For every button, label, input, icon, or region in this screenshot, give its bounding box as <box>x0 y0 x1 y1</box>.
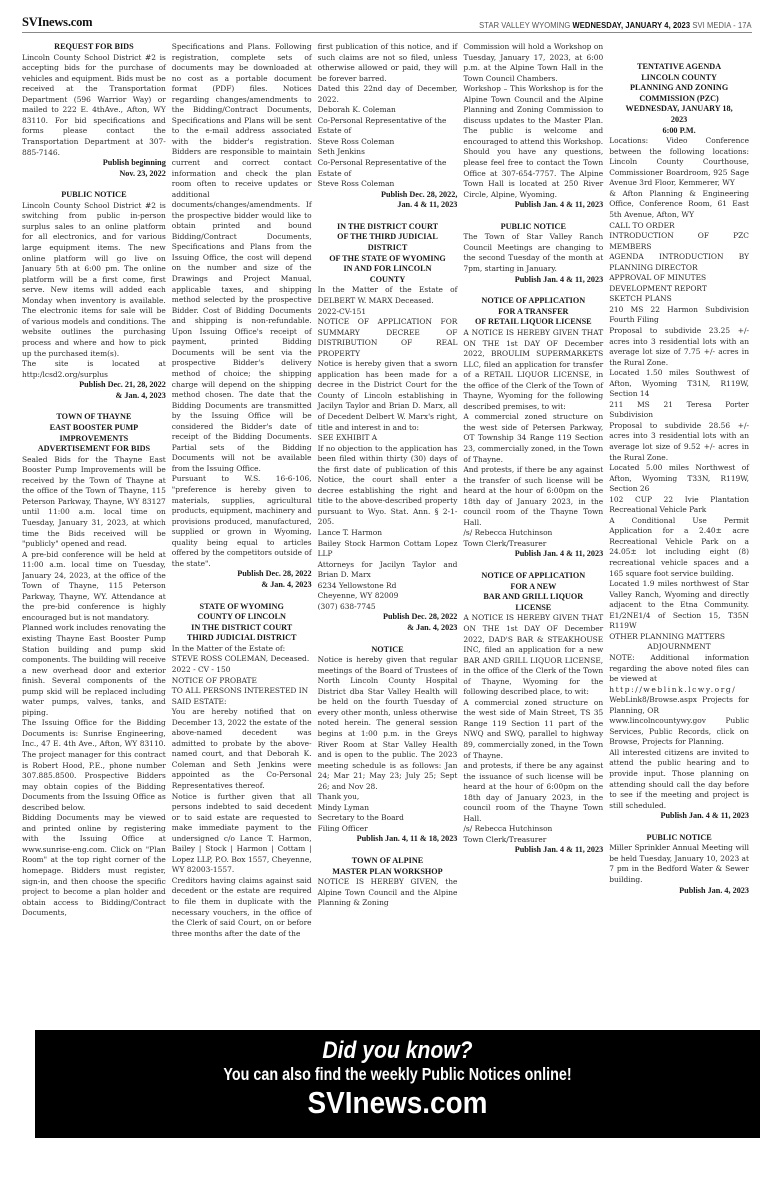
publish-line: Publish Dec. 28, 2022 <box>172 569 312 580</box>
notice-body: Workshop – This Workshop is for the Alpi… <box>463 84 603 147</box>
publish-line: Publish Jan. 4 & 11, 2023 <box>463 275 603 286</box>
agenda-item: Proposal to subdivide 28.56 +/- acres in… <box>609 421 749 463</box>
adjournment: ADJOURNMENT <box>609 642 749 653</box>
notice-title: PUBLIC NOTICE <box>22 190 166 201</box>
signature-line: Bailey Stock Harmon Cottam Lopez LLP <box>318 539 458 560</box>
notice-body: A NOTICE IS HEREBY GIVEN THAT ON THE 1st… <box>463 328 603 412</box>
notice-title: EAST BOOSTER PUMP <box>22 423 166 434</box>
publish-line: Publish Dec. 28, 2022, <box>318 190 458 201</box>
publish-line: Publish Jan. 4 & 11, 2023 <box>463 845 603 856</box>
notice-title: IN THE DISTRICT COURT <box>172 623 312 634</box>
agenda-note: WebLink8/Browse.aspx Projects for Planni… <box>609 695 749 716</box>
signature-line: Steve Ross Coleman <box>318 137 458 148</box>
notice-alpine-workshop: TOWN OF ALPINE MASTER PLAN WORKSHOP NOTI… <box>318 856 458 909</box>
signature-line: Secretary to the Board <box>318 813 458 824</box>
notice-title: NOTICE OF APPLICATION <box>463 296 603 307</box>
column-4: Commission will hold a Workshop on Tuesd… <box>460 42 606 1027</box>
page-header: SVInews.com STAR VALLEY WYOMING WEDNESDA… <box>22 12 752 33</box>
notice-body: first publication of this notice, and if… <box>318 42 458 84</box>
notice-title: COMMISSION (PZC) <box>609 94 749 105</box>
site-name[interactable]: SVInews.com <box>22 15 92 30</box>
notice-title: IN THE DISTRICT COURT <box>318 222 458 233</box>
signature-line: /s/ Rebecca Hutchinson <box>463 528 603 539</box>
publish-line: Publish Dec. 28, 2022 <box>318 612 458 623</box>
notice-body: The Issuing Office for the Bidding Docum… <box>22 718 166 813</box>
notice-title: LINCOLN COUNTY <box>609 73 749 84</box>
case-line: In the Matter of the Estate of DELBERT W… <box>318 285 458 306</box>
publish-line: Publish beginning <box>22 158 166 169</box>
agenda-closing: All interested citizens are invited to a… <box>609 748 749 811</box>
notice-title: ADVERTISEMENT FOR BIDS <box>22 444 166 455</box>
notice-alpine-workshop-cont: Commission will hold a Workshop on Tuesd… <box>463 42 603 211</box>
case-line: 2022 - CV - 150 <box>172 665 312 676</box>
publish-line: Publish Jan. 4 & 11, 2023 <box>609 811 749 822</box>
signature-line: Thank you, <box>318 792 458 803</box>
agenda-item: 211 MS 21 Teresa Porter Subdivision <box>609 400 749 421</box>
notice-body: and protests, if there be any against th… <box>463 761 603 824</box>
banner-subline: You can also find the weekly Public Noti… <box>100 1064 695 1085</box>
notice-body: A NOTICE IS HEREBY GIVEN THAT ON THE 1st… <box>463 613 603 697</box>
signature-line: Cheyenne, WY 82009 <box>318 591 458 602</box>
banner-site-link[interactable]: SVInews.com <box>71 1085 724 1121</box>
notice-title: BAR AND GRILL LIQUOR <box>463 592 603 603</box>
notice-marx-estate: IN THE DISTRICT COURT OF THE THIRD JUDIC… <box>318 222 458 634</box>
notice-title: PLANNING AND ZONING <box>609 83 749 94</box>
notice-title: TOWN OF ALPINE <box>318 856 458 867</box>
notice-miller-sprinkler: PUBLIC NOTICE Miller Sprinkler Annual Me… <box>609 833 749 896</box>
agenda-note: NOTE: Additional information regarding t… <box>609 653 749 685</box>
column-1: REQUEST FOR BIDS Lincoln County School D… <box>22 42 169 1027</box>
publish-line: Publish Jan. 4 & 11, 2023 <box>463 549 603 560</box>
notice-title: TENTATIVE AGENDA <box>609 62 749 73</box>
notice-body: Creditors having claims against said dec… <box>172 876 312 939</box>
notice-surplus-online: PUBLIC NOTICE Lincoln County School Dist… <box>22 190 166 401</box>
notice-title: FOR A NEW <box>463 582 603 593</box>
signature-line: Town Clerk/Treasurer <box>463 539 603 550</box>
notice-body: Notice is further given that all persons… <box>172 792 312 876</box>
case-line: NOTICE OF PROBATE <box>172 676 312 687</box>
publish-line: & Jan. 4, 2023 <box>318 623 458 634</box>
publish-line: & Jan. 4, 2023 <box>22 391 166 402</box>
signature-line: /s/ Rebecca Hutchinson <box>463 824 603 835</box>
weblink-url[interactable]: http://weblink.lcwy.org/ <box>609 685 749 696</box>
issue-date: WEDNESDAY, JANUARY 4, 2023 <box>573 20 691 30</box>
notice-title: PUBLIC NOTICE <box>463 222 603 233</box>
publish-line: Publish Jan. 4 & 11, 2023 <box>463 200 603 211</box>
notice-body: NOTICE IS HEREBY GIVEN, the Alpine Town … <box>318 877 458 909</box>
agenda-item: Located 1.50 miles Southwest of Afton, W… <box>609 368 749 400</box>
notice-title: STATE OF WYOMING <box>172 602 312 613</box>
agenda-item: OTHER PLANNING MATTERS <box>609 632 749 643</box>
notice-request-for-bids: REQUEST FOR BIDS Lincoln County School D… <box>22 42 166 179</box>
notice-title: REQUEST FOR BIDS <box>22 42 166 53</box>
notice-body: A commercial zoned structure on the west… <box>463 698 603 761</box>
notice-retail-liquor-transfer: NOTICE OF APPLICATION FOR A TRANSFER OF … <box>463 296 603 560</box>
notice-title: COUNTY <box>318 275 458 286</box>
agenda-item: APPROVAL OF MINUTES <box>609 273 749 284</box>
notice-body: The Town of Star Valley Ranch Council Me… <box>463 232 603 274</box>
agenda-item: A Conditional Use Permit Application for… <box>609 516 749 579</box>
notice-body: Dated this 22nd day of December, 2022. <box>318 84 458 105</box>
notices-columns: REQUEST FOR BIDS Lincoln County School D… <box>22 42 752 1027</box>
notice-body: Commission will hold a Workshop on Tuesd… <box>463 42 603 84</box>
signature-line: Town Clerk/Treasurer <box>463 835 603 846</box>
notice-bar-grill-license: NOTICE OF APPLICATION FOR A NEW BAR AND … <box>463 571 603 856</box>
case-line: 2022-CV-151 <box>318 307 458 318</box>
signature-line: Lance T. Harmon <box>318 528 458 539</box>
case-line: TO ALL PERSONS INTERESTED IN SAID ESTATE… <box>172 686 312 707</box>
notice-title: NOTICE <box>318 645 458 656</box>
notice-body: You are hereby notified that on December… <box>172 707 312 791</box>
dateline: STAR VALLEY WYOMING WEDNESDAY, JANUARY 4… <box>479 20 752 30</box>
notice-title: LICENSE <box>463 603 603 614</box>
notice-body: Planned work includes renovating the exi… <box>22 623 166 718</box>
notice-title: COUNTY OF LINCOLN <box>172 612 312 623</box>
agenda-item: CALL TO ORDER <box>609 221 749 232</box>
notice-body: Specifications and Plans. Following regi… <box>172 42 312 474</box>
notice-body: Should you have any questions, please fe… <box>463 147 603 200</box>
notice-hospital-board: NOTICE Notice is hereby given that regul… <box>318 645 458 845</box>
notice-title: PUBLIC NOTICE <box>609 833 749 844</box>
column-5: TENTATIVE AGENDA LINCOLN COUNTY PLANNING… <box>606 42 752 1027</box>
agenda-item: & Afton Planning & Engineering Office, C… <box>609 189 749 221</box>
signature-line: Mindy Lyman <box>318 803 458 814</box>
signature-line: Steve Ross Coleman <box>318 179 458 190</box>
notice-body: A pre-bid conference will be held at 11:… <box>22 550 166 624</box>
notice-thayne-booster-pump: TOWN OF THAYNE EAST BOOSTER PUMP IMPROVE… <box>22 412 166 918</box>
case-line: In the Matter of the Estate of: STEVE RO… <box>172 644 312 665</box>
column-2: Specifications and Plans. Following regi… <box>169 42 315 1027</box>
notice-body: Lincoln County School District #2 is swi… <box>22 201 166 359</box>
column-3: first publication of this notice, and if… <box>315 42 461 1027</box>
notice-body: SEE EXHIBIT A <box>318 433 458 444</box>
notice-body: Miller Sprinkler Annual Meeting will be … <box>609 843 749 885</box>
notice-coleman-probate: STATE OF WYOMING COUNTY OF LINCOLN IN TH… <box>172 602 312 940</box>
meeting-time: 6:00 P.M. <box>609 126 749 137</box>
agenda-item: Proposal to subdivide 23.25 +/- acres in… <box>609 326 749 368</box>
notice-body: Notice is hereby given that a sworn appl… <box>318 359 458 433</box>
publish-line: & Jan. 4, 2023 <box>172 580 312 591</box>
signature-line: Deborah K. Coleman <box>318 105 458 116</box>
banner-headline: Did you know? <box>79 1037 717 1064</box>
agenda-item: DEVELOPMENT REPORT <box>609 284 749 295</box>
notice-pzc-agenda: TENTATIVE AGENDA LINCOLN COUNTY PLANNING… <box>609 62 749 822</box>
notice-title: NOTICE OF APPLICATION <box>463 571 603 582</box>
agenda-item: Located 1.9 miles northwest of Star Vall… <box>609 579 749 632</box>
notice-title: IMPROVEMENTS <box>22 434 166 445</box>
notice-title: TOWN OF THAYNE <box>22 412 166 423</box>
notice-title: DISTRICT <box>318 243 458 254</box>
agenda-item: 102 CUP 22 Ivie Plantation Recreational … <box>609 495 749 516</box>
notice-body: And protests, if there be any against th… <box>463 465 603 528</box>
signature-line: Seth Jenkins <box>318 147 458 158</box>
notice-title: FOR A TRANSFER <box>463 307 603 318</box>
notice-title: MASTER PLAN WORKSHOP <box>318 867 458 878</box>
county-website-link[interactable]: www.lincolncountywy.gov Public Services,… <box>609 716 749 748</box>
notice-svr-council: PUBLIC NOTICE The Town of Star Valley Ra… <box>463 222 603 285</box>
section-label: SVI MEDIA - 17A <box>693 20 752 30</box>
case-line: NOTICE OF APPLICATION FOR SUMMARY DECREE… <box>318 317 458 359</box>
notice-title: WEDNESDAY, JANUARY 18, <box>609 104 749 115</box>
agenda-item: Located 5.00 miles Northwest of Afton, W… <box>609 463 749 495</box>
publish-line: Publish Dec. 21, 28, 2022 <box>22 380 166 391</box>
notice-title: THIRD JUDICIAL DISTRICT <box>172 633 312 644</box>
notice-coleman-probate-cont: first publication of this notice, and if… <box>318 42 458 211</box>
notice-body: Notice is hereby given that regular meet… <box>318 655 458 792</box>
signature-line: Filing Officer <box>318 824 458 835</box>
notice-thayne-booster-pump-cont: Specifications and Plans. Following regi… <box>172 42 312 591</box>
signature-line: 6234 Yellowstone Rd <box>318 581 458 592</box>
notice-body: A commercial zoned structure on the west… <box>463 412 603 465</box>
publish-line: Jan. 4 & 11, 2023 <box>318 200 458 211</box>
notice-body: Sealed Bids for the Thayne East Booster … <box>22 455 166 550</box>
publish-line: Publish Jan. 4, 11 & 18, 2023 <box>318 834 458 845</box>
publish-line: Nov. 23, 2022 <box>22 169 166 180</box>
agenda-item: SKETCH PLANS <box>609 294 749 305</box>
region-label: STAR VALLEY WYOMING <box>479 20 570 30</box>
agenda-item: 210 MS 22 Harmon Subdivision Fourth Fili… <box>609 305 749 326</box>
notice-body-link: The site is located at http:/lcsd2.org/s… <box>22 359 166 380</box>
notice-body: If no objection to the application has b… <box>318 444 458 528</box>
notice-title: OF THE STATE OF WYOMING <box>318 254 458 265</box>
notice-body: Bidding Documents may be viewed and prin… <box>22 813 166 918</box>
notice-title: IN AND FOR LINCOLN <box>318 264 458 275</box>
signature-line: Attorneys for Jacilyn Taylor and Brian D… <box>318 560 458 581</box>
notice-body: Pursuant to W.S. 16-6-106, "preference i… <box>172 474 312 569</box>
publish-line: Publish Jan. 4, 2023 <box>609 886 749 897</box>
signature-line: (307) 638-7745 <box>318 602 458 613</box>
promo-banner[interactable]: Did you know? You can also find the week… <box>35 1030 760 1138</box>
agenda-item: INTRODUCTION OF PZC MEMBERS <box>609 231 749 252</box>
agenda-item: Locations: Video Conference between the … <box>609 136 749 189</box>
signature-line: Co-Personal Representative of the Estate… <box>318 158 458 179</box>
notice-body: Lincoln County School District #2 is acc… <box>22 53 166 158</box>
signature-line: Co-Personal Representative of the Estate… <box>318 116 458 137</box>
notice-title: OF RETAIL LIQUOR LICENSE <box>463 317 603 328</box>
notice-title: OF THE THIRD JUDICIAL <box>318 232 458 243</box>
notice-title: 2023 <box>609 115 749 126</box>
agenda-item: AGENDA INTRODUCTION BY PLANNING DIRECTOR <box>609 252 749 273</box>
